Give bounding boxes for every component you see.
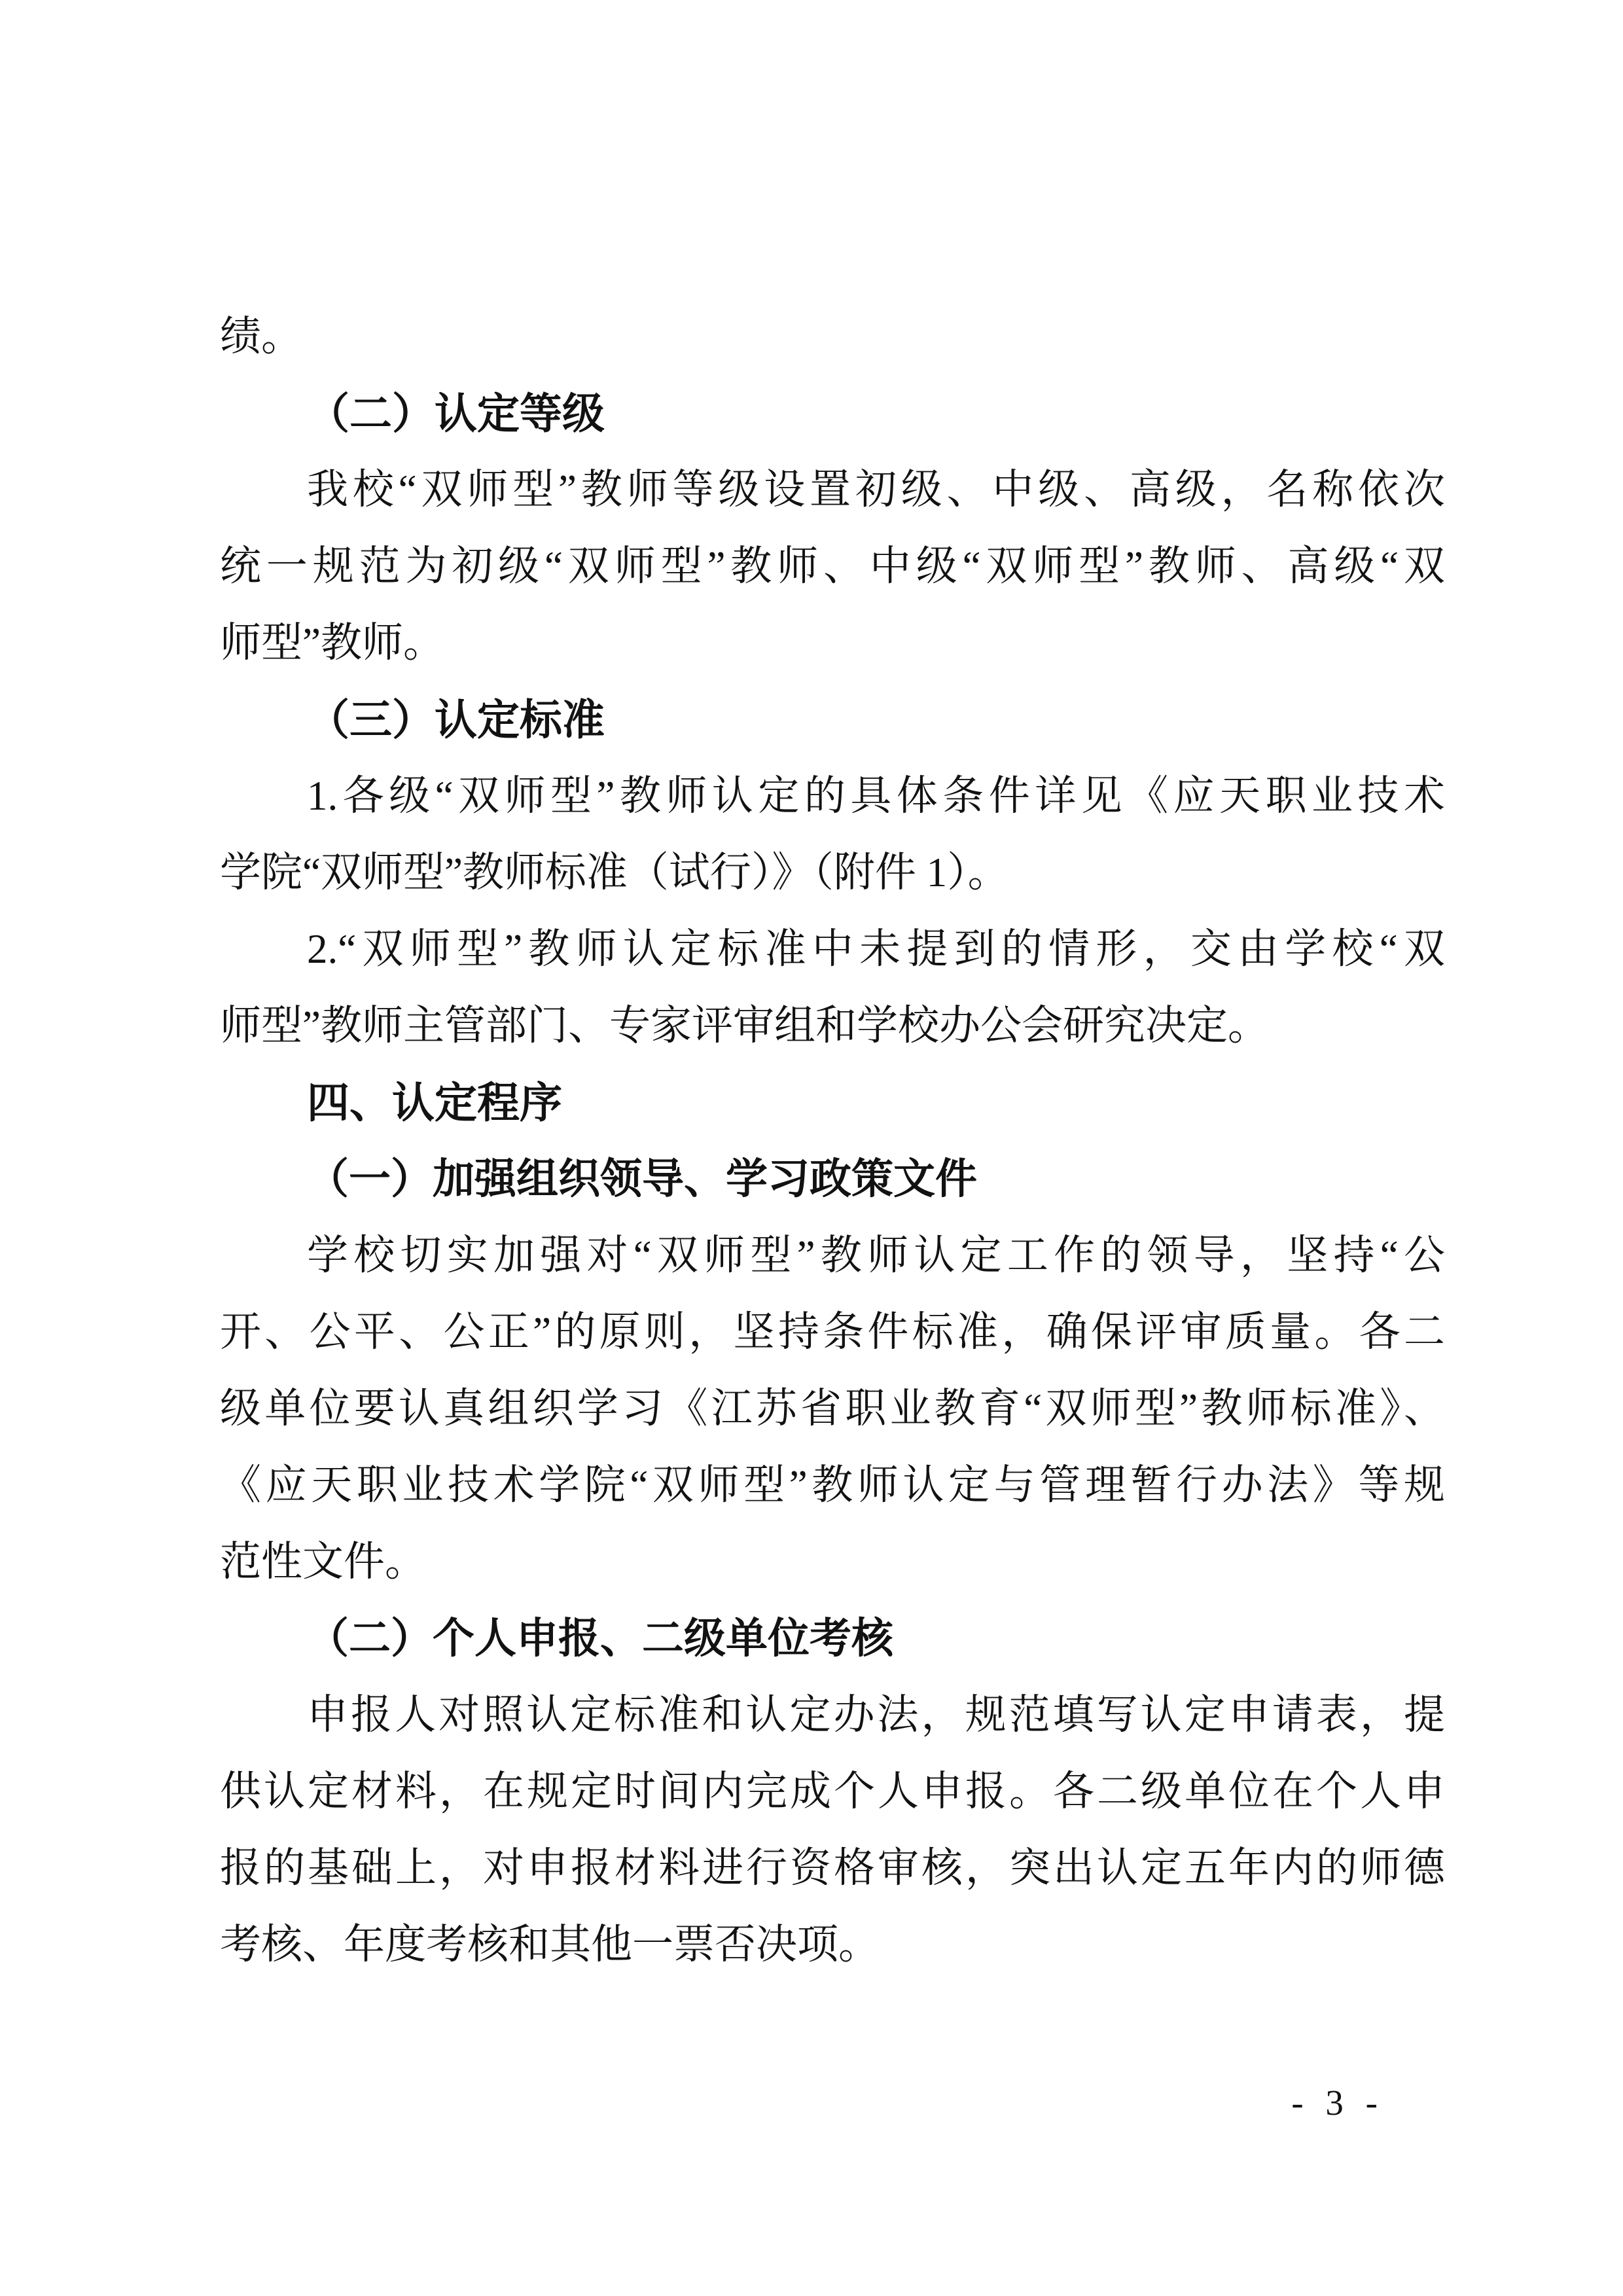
paragraph-line: 级单位要认真组织学习《江苏省职业教育“双师型”教师标准》、 [220, 1371, 1445, 1447]
section-heading-4: 四、认定程序 [220, 1064, 1445, 1141]
paragraph-line: 师型”教师主管部门、专家评审组和学校办公会研究决定。 [220, 988, 1445, 1064]
subsection-heading-4-2: （二）个人申报、二级单位考核 [220, 1600, 1445, 1677]
paragraph-line: 学院“双师型”教师标准（试行）》（附件 1）。 [220, 834, 1445, 911]
paragraph-line: 范性文件。 [220, 1524, 1445, 1600]
paragraph-line: 师型”教师。 [220, 605, 1445, 681]
paragraph-line: 我校“双师型”教师等级设置初级、中级、高级，名称依次 [220, 452, 1445, 528]
paragraph-continuation-line: 绩。 [220, 298, 1445, 375]
paragraph-line: 开、公平、公正”的原则，坚持条件标准，确保评审质量。各二 [220, 1294, 1445, 1371]
page-number: - 3 - [1291, 2080, 1384, 2126]
paragraph-line: 《应天职业技术学院“双师型”教师认定与管理暂行办法》等规 [220, 1447, 1445, 1524]
section-heading-3: （三）认定标准 [220, 681, 1445, 758]
section-heading-2: （二）认定等级 [220, 375, 1445, 452]
paragraph-line: 考核、年度考核和其他一票否决项。 [220, 1907, 1445, 1983]
paragraph-line: 申报人对照认定标准和认定办法，规范填写认定申请表，提 [220, 1677, 1445, 1753]
document-page: 绩。 （二）认定等级 我校“双师型”教师等级设置初级、中级、高级，名称依次 统一… [0, 0, 1623, 2296]
paragraph-line: 统一规范为初级“双师型”教师、中级“双师型”教师、高级“双 [220, 528, 1445, 605]
paragraph-line: 1.各级“双师型”教师认定的具体条件详见《应天职业技术 [220, 758, 1445, 834]
paragraph-line: 报的基础上，对申报材料进行资格审核，突出认定五年内的师德 [220, 1830, 1445, 1907]
paragraph-line: 供认定材料，在规定时间内完成个人申报。各二级单位在个人申 [220, 1753, 1445, 1830]
document-text-block: 绩。 （二）认定等级 我校“双师型”教师等级设置初级、中级、高级，名称依次 统一… [220, 298, 1445, 1983]
paragraph-line: 2.“双师型”教师认定标准中未提到的情形，交由学校“双 [220, 911, 1445, 988]
paragraph-line: 学校切实加强对“双师型”教师认定工作的领导，坚持“公 [220, 1217, 1445, 1294]
subsection-heading-4-1: （一）加强组织领导、学习政策文件 [220, 1141, 1445, 1217]
